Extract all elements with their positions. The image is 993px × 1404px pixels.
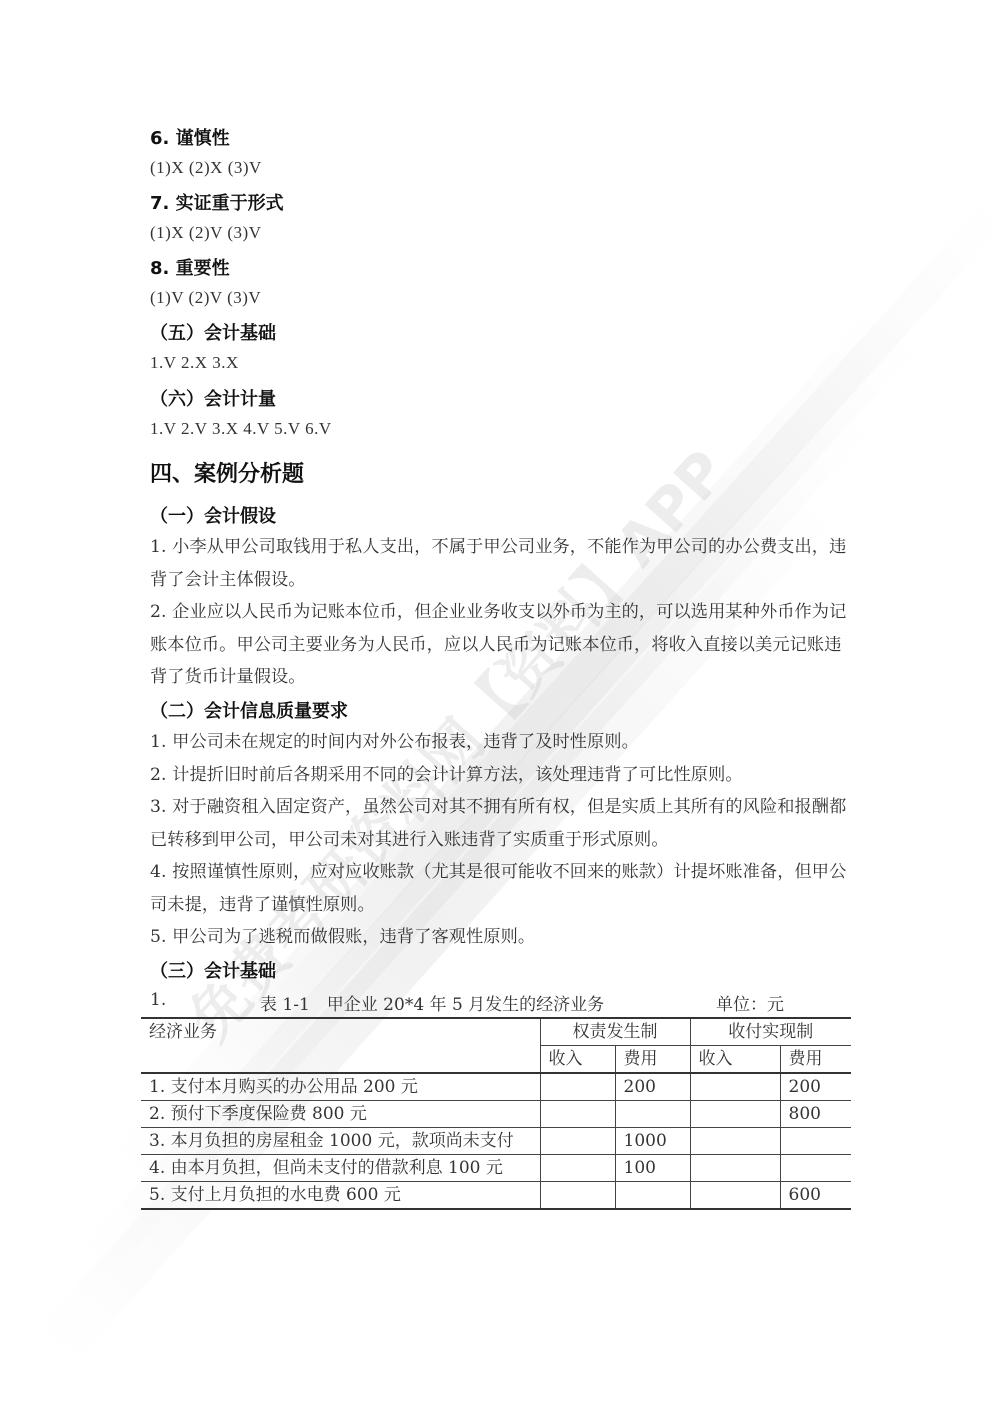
cell-accrual-income bbox=[540, 1155, 615, 1182]
paragraph-quality-4: 4. 按照谨慎性原则，应对应收账款（尤其是很可能收不回来的账款）计提坏账准备，但… bbox=[150, 856, 850, 921]
cell-accrual-income bbox=[540, 1182, 615, 1210]
cell-cash-income bbox=[690, 1101, 780, 1128]
paragraph-quality-5: 5. 甲公司为了逃税而做假账，违背了客观性原则。 bbox=[150, 921, 850, 954]
subsection-heading-quality: （二）会计信息质量要求 bbox=[150, 697, 348, 723]
cell-business: 1. 支付本月购买的办公用品 200 元 bbox=[141, 1073, 540, 1101]
cell-accrual-expense bbox=[615, 1182, 690, 1210]
cell-accrual-expense bbox=[615, 1101, 690, 1128]
cell-cash-expense: 800 bbox=[780, 1101, 851, 1128]
paragraph-quality-2: 2. 计提折旧时前后各期采用不同的会计计算方法，该处理违背了可比性原则。 bbox=[150, 759, 850, 792]
table-row: 2. 预付下季度保险费 800 元 800 bbox=[141, 1101, 851, 1128]
cell-accrual-income bbox=[540, 1073, 615, 1101]
header-accrual-basis: 权责发生制 bbox=[540, 1018, 690, 1046]
cell-accrual-expense: 1000 bbox=[615, 1128, 690, 1155]
table-item-number: 1. bbox=[150, 990, 166, 1010]
section-heading-materiality: 8. 重要性 bbox=[150, 254, 230, 280]
subsection-heading-assumptions: （一）会计假设 bbox=[150, 502, 276, 528]
cell-cash-expense bbox=[780, 1128, 851, 1155]
cell-cash-income bbox=[690, 1073, 780, 1101]
table-row: 4. 由本月负担，但尚未支付的借款利息 100 元 100 bbox=[141, 1155, 851, 1182]
cell-cash-income bbox=[690, 1182, 780, 1210]
header-cash-income: 收入 bbox=[690, 1046, 780, 1074]
cell-accrual-expense: 200 bbox=[615, 1073, 690, 1101]
paragraph-quality-1: 1. 甲公司未在规定的时间内对外公布报表，违背了及时性原则。 bbox=[150, 726, 850, 759]
header-accrual-income: 收入 bbox=[540, 1046, 615, 1074]
cell-business: 2. 预付下季度保险费 800 元 bbox=[141, 1101, 540, 1128]
section-heading-accounting-basis: （五）会计基础 bbox=[150, 319, 276, 345]
answers-accounting-basis: 1.V 2.X 3.X bbox=[150, 353, 239, 373]
cell-cash-income bbox=[690, 1128, 780, 1155]
paragraph-quality-3: 3. 对于融资租入固定资产，虽然公司对其不拥有所有权，但是实质上其所有的风险和报… bbox=[150, 791, 850, 856]
section-heading-prudence: 6. 谨慎性 bbox=[150, 124, 230, 150]
header-accrual-expense: 费用 bbox=[615, 1046, 690, 1074]
answers-materiality: (1)V (2)V (3)V bbox=[150, 288, 261, 308]
cell-cash-expense: 200 bbox=[780, 1073, 851, 1101]
cell-cash-income bbox=[690, 1155, 780, 1182]
section-heading-substance-over-form: 7. 实证重于形式 bbox=[150, 189, 284, 215]
paragraph-assumption-1: 1. 小李从甲公司取钱用于私人支出，不属于甲公司业务，不能作为甲公司的办公费支出… bbox=[150, 531, 850, 596]
answers-measurement: 1.V 2.V 3.X 4.V 5.V 6.V bbox=[150, 419, 332, 439]
table-row: 1. 支付本月购买的办公用品 200 元 200 200 bbox=[141, 1073, 851, 1101]
section-heading-measurement: （六）会计计量 bbox=[150, 385, 276, 411]
cell-accrual-income bbox=[540, 1128, 615, 1155]
cell-business: 4. 由本月负担，但尚未支付的借款利息 100 元 bbox=[141, 1155, 540, 1182]
cell-cash-expense: 600 bbox=[780, 1182, 851, 1210]
answers-substance-over-form: (1)X (2)V (3)V bbox=[150, 223, 262, 243]
cell-cash-expense bbox=[780, 1155, 851, 1182]
cell-business: 5. 支付上月负担的水电费 600 元 bbox=[141, 1182, 540, 1210]
part-title-case-analysis: 四、案例分析题 bbox=[150, 457, 304, 488]
document-page: 免费考研资料网【资料】APP 6. 谨慎性 (1)X (2)X (3)V 7. … bbox=[0, 0, 993, 1404]
header-cash-expense: 费用 bbox=[780, 1046, 851, 1074]
cell-accrual-expense: 100 bbox=[615, 1155, 690, 1182]
table-row: 3. 本月负担的房屋租金 1000 元，款项尚未支付 1000 bbox=[141, 1128, 851, 1155]
paragraph-assumption-2: 2. 企业应以人民币为记账本位币，但企业业务收支以外币为主的，可以选用某种外币作… bbox=[150, 596, 850, 694]
answers-prudence: (1)X (2)X (3)V bbox=[150, 158, 262, 178]
table-unit: 单位：元 bbox=[716, 990, 784, 1015]
header-business: 经济业务 bbox=[141, 1018, 540, 1073]
table-row: 5. 支付上月负担的水电费 600 元 600 bbox=[141, 1182, 851, 1210]
header-cash-basis: 收付实现制 bbox=[690, 1018, 851, 1046]
cell-accrual-income bbox=[540, 1101, 615, 1128]
table-caption: 表 1-1 甲企业 20*4 年 5 月发生的经济业务 bbox=[260, 990, 604, 1015]
economic-transactions-table: 经济业务 权责发生制 收付实现制 收入 费用 收入 费用 1. 支付本月购买的办… bbox=[141, 1017, 851, 1210]
cell-business: 3. 本月负担的房屋租金 1000 元，款项尚未支付 bbox=[141, 1128, 540, 1155]
subsection-heading-basis: （三）会计基础 bbox=[150, 957, 276, 983]
